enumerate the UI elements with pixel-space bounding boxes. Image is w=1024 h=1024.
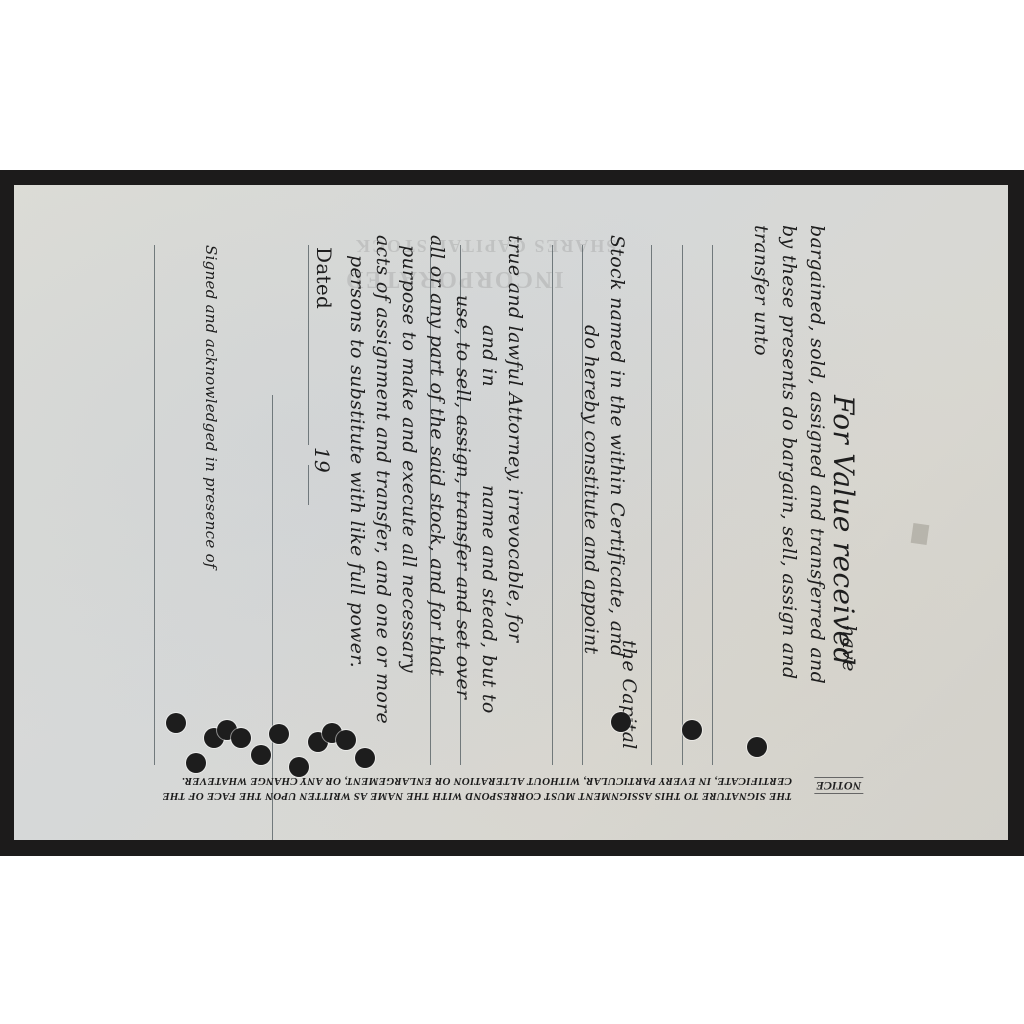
cancellation-hole [269, 724, 289, 744]
assignment-line: Stock named in the within Certificate, a… [606, 235, 628, 657]
paper-stain [911, 523, 930, 545]
form-rule [682, 245, 683, 765]
signature-rule [272, 395, 273, 840]
cancellation-hole [355, 748, 375, 768]
assignment-line: all or any part of the said stock, and f… [426, 235, 448, 676]
form-rule [651, 245, 652, 765]
dated-label: Dated [312, 247, 336, 309]
notice-line-2: CERTIFICATE, IN EVERY PARTICULAR, WITHOU… [192, 775, 792, 787]
assignment-line: true and lawful Attorney, irrevocable, f… [504, 235, 526, 642]
assignment-line: name and stead, but to [478, 485, 500, 714]
witness-rule [154, 245, 155, 765]
dated-rule [308, 465, 309, 505]
dated-rule [308, 245, 309, 445]
notice-line-1: THE SIGNATURE TO THIS ASSIGNMENT MUST CO… [192, 790, 792, 802]
assignment-line: by these presents do bargain, sell, assi… [778, 225, 800, 679]
assignment-line: do hereby constitute and appoint [580, 325, 602, 654]
assignment-line: transfer unto [750, 225, 772, 356]
notice-badge: NOTICE [814, 777, 863, 794]
year-prefix: 19 [310, 447, 334, 473]
cancellation-hole [611, 712, 631, 732]
form-rule [552, 245, 553, 765]
assignment-line: and in [478, 325, 500, 387]
cancellation-hole [251, 745, 271, 765]
cancellation-hole [231, 728, 251, 748]
assignment-line: bargained, sold, assigned and transferre… [806, 225, 828, 684]
cancellation-hole [186, 753, 206, 773]
assignment-line: persons to substitute with like full pow… [346, 255, 368, 668]
assignment-line: have [838, 625, 860, 672]
cancellation-hole [166, 713, 186, 733]
certificate-paper: SHARES CAPITAL STOCK INCORPORATED For Va… [14, 185, 1008, 840]
cancellation-hole [747, 737, 767, 757]
cancellation-hole [336, 730, 356, 750]
assignment-line: acts of assignment and transfer, and one… [372, 235, 394, 724]
witness-label: Signed and acknowledged in presence of [202, 245, 220, 569]
cancellation-hole [682, 720, 702, 740]
form-rule [712, 245, 713, 765]
assignment-line: use, to sell, assign, transfer and set o… [452, 295, 474, 699]
cancellation-hole [289, 757, 309, 777]
assignment-line: purpose to make and execute all necessar… [398, 245, 420, 673]
